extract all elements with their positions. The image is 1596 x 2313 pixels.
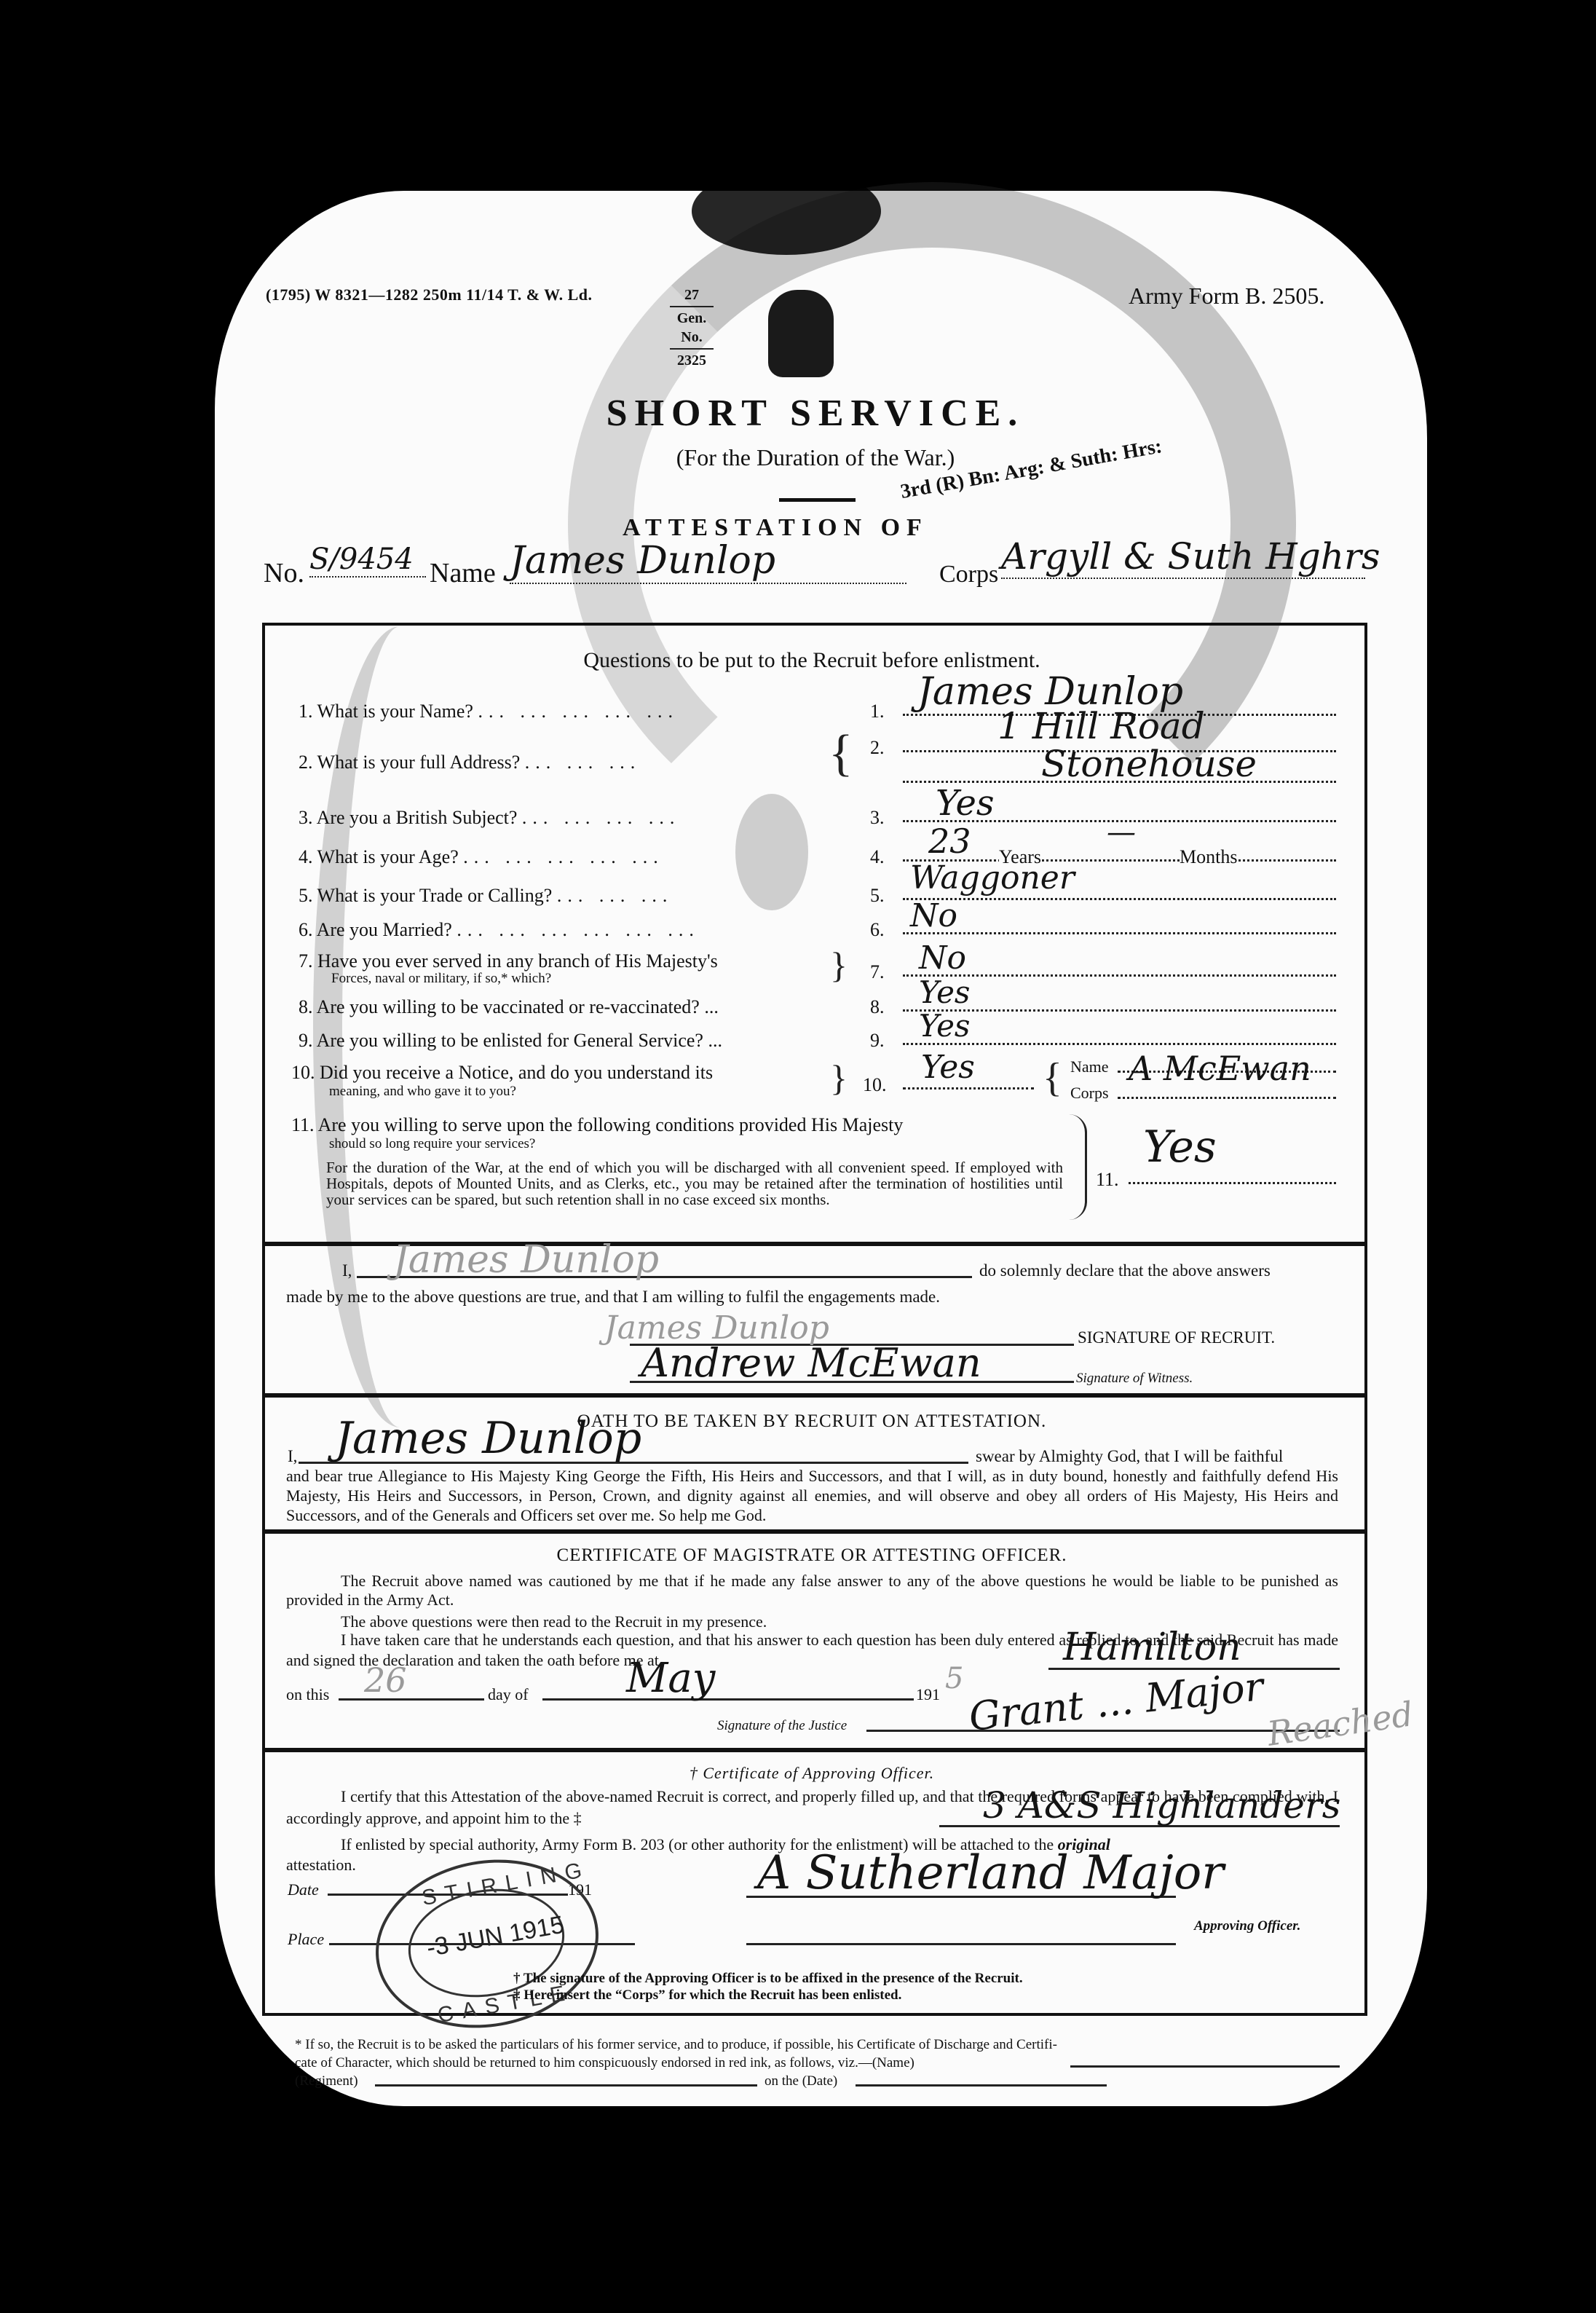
- corps-label: Corps: [939, 561, 998, 588]
- place-label: Place: [288, 1928, 324, 1950]
- day-line: [339, 1698, 484, 1701]
- question-9: 9. Are you willing to be enlisted for Ge…: [299, 1030, 722, 1052]
- officer-label: Approving Officer.: [1194, 1915, 1300, 1937]
- answer-9: Yes: [919, 1008, 971, 1044]
- approving-heading: † Certificate of Approving Officer.: [262, 1764, 1362, 1783]
- gen-no-top: 27: [670, 285, 714, 304]
- justice-label: Signature of the Justice: [717, 1715, 847, 1737]
- notice-corps-label: Corps: [1070, 1084, 1109, 1103]
- attestation-label: ATTESTATION OF: [623, 514, 928, 542]
- no-label: No.: [264, 557, 304, 589]
- on-this-label: on this: [286, 1684, 329, 1706]
- bracket: }: [830, 1060, 848, 1096]
- footnote-date-label: on the (Date): [765, 2070, 837, 2092]
- declaration-text: do solemnly declare that the above answe…: [979, 1260, 1271, 1282]
- section-divider: [262, 1748, 1364, 1752]
- year-prefix: 191: [916, 1684, 940, 1706]
- answer-10: Yes: [921, 1049, 975, 1086]
- answer-11: Yes: [1143, 1122, 1217, 1173]
- attestation-month: May: [626, 1655, 715, 1702]
- answer-5: Waggoner: [910, 859, 1075, 897]
- title-rule: [779, 498, 856, 502]
- declaration-text-line2: made by me to the above questions are tr…: [286, 1286, 940, 1308]
- answer-11-num: 11.: [1096, 1169, 1119, 1191]
- answer-6: No: [910, 897, 957, 934]
- attestation-day: 26: [364, 1660, 407, 1700]
- question-7: 7. Have you ever served in any branch of…: [299, 950, 718, 972]
- name-label: Name: [430, 557, 496, 589]
- question-11: 11. Are you willing to serve upon the fo…: [291, 1114, 903, 1136]
- months-label: Months: [1180, 846, 1237, 868]
- question-6: 6. Are you Married? ... ... ... ... ... …: [299, 919, 700, 941]
- question-3: 3. Are you a British Subject? ... ... ..…: [299, 807, 680, 829]
- answer-10-line: [903, 1087, 1034, 1089]
- answer-8: Yes: [919, 974, 971, 1010]
- appointed-corps: 3 A&S Highlanders: [983, 1784, 1340, 1827]
- approving-para2-end: attestation.: [286, 1854, 356, 1876]
- recruit-name: James Dunlop: [510, 539, 906, 584]
- q11-conditions: For the duration of the War, at the end …: [326, 1159, 1063, 1207]
- month-line: [542, 1698, 914, 1701]
- questions-heading: Questions to be put to the Recruit befor…: [262, 648, 1362, 673]
- bracket: {: [829, 728, 853, 779]
- answer-3-num: 3.: [870, 807, 885, 829]
- notice-name-value: A McEwan: [1129, 1049, 1311, 1088]
- bracket: }: [830, 947, 848, 983]
- officer-signature: A Sutherland Major: [757, 1846, 1224, 1900]
- gen-no-bottom: 2325: [670, 351, 714, 370]
- notice-name-label: Name: [1070, 1057, 1109, 1076]
- form-number: Army Form B. 2505.: [1129, 283, 1324, 310]
- print-reference: (1795) W 8321—1282 250m 11/14 T. & W. Ld…: [266, 285, 593, 304]
- question-4: 4. What is your Age? ... ... ... ... ...: [299, 846, 664, 868]
- footnote-regiment-line: [375, 2084, 757, 2087]
- answer-7-num: 7.: [870, 961, 885, 983]
- recruit-number: S/9454: [309, 543, 426, 578]
- oath-name: James Dunlop: [335, 1413, 641, 1464]
- footnote-name-line: [1070, 2065, 1340, 2068]
- answer-9-num: 9.: [870, 1030, 885, 1052]
- footnote-regiment-label: (Regiment): [295, 2070, 358, 2092]
- approving-note-2: ‡ Here insert the “Corps” for which the …: [513, 1985, 901, 2006]
- question-10-sub: meaning, and who gave it to you?: [329, 1084, 516, 1100]
- question-7-sub: Forces, naval or military, if so,* which…: [331, 971, 551, 987]
- answer-5-line: [903, 898, 1336, 900]
- notice-corps-line: [1118, 1097, 1336, 1099]
- answer-1-num: 1.: [870, 701, 885, 722]
- question-11-sub: should so long require your services?: [329, 1136, 535, 1152]
- answer-5-num: 5.: [870, 885, 885, 907]
- answer-2-line1-value: 1 Hill Road: [997, 705, 1205, 747]
- answer-10-num: 10.: [863, 1074, 887, 1096]
- section-divider: [262, 1393, 1364, 1398]
- answer-11-line: [1129, 1182, 1336, 1184]
- gen-no: 27 Gen. No. 2325: [670, 285, 714, 370]
- question-5: 5. What is your Trade or Calling? ... ..…: [299, 885, 673, 907]
- attestation-year: 5: [945, 1662, 963, 1695]
- date-label: Date: [288, 1879, 319, 1901]
- answer-8-num: 8.: [870, 996, 885, 1018]
- section-divider: [262, 1529, 1364, 1534]
- witness-signature: Andrew McEwan: [641, 1340, 981, 1386]
- witness-label: Signature of Witness.: [1076, 1368, 1193, 1390]
- gen-no-label: Gen. No.: [670, 309, 714, 347]
- recruit-corps: Argyll & Suth Hghrs: [1001, 535, 1365, 579]
- magistrate-heading: CERTIFICATE OF MAGISTRATE OR ATTESTING O…: [262, 1545, 1362, 1566]
- oath-prefix: I,: [288, 1446, 297, 1467]
- footnote-date-line: [856, 2084, 1107, 2087]
- recruit-signature-label: SIGNATURE OF RECRUIT.: [1078, 1327, 1275, 1349]
- answer-2-line2-value: Stonehouse: [1041, 743, 1257, 785]
- declaration-name: James Dunlop: [393, 1238, 659, 1282]
- answer-6-num: 6.: [870, 919, 885, 941]
- question-8: 8. Are you willing to be vaccinated or r…: [299, 996, 719, 1018]
- day-of-label: day of: [488, 1684, 529, 1706]
- question-1: 1. What is your Name? ... ... ... ... ..…: [299, 701, 679, 722]
- declaration-prefix: I,: [342, 1260, 352, 1282]
- question-2: 2. What is your full Address? ... ... ..…: [299, 752, 641, 773]
- oath-body: and bear true Allegiance to His Majesty …: [286, 1466, 1338, 1525]
- answer-3: Yes: [936, 783, 995, 824]
- answer-4-num: 4.: [870, 846, 885, 868]
- answer-7: No: [919, 939, 966, 977]
- bracket: {: [1043, 1057, 1062, 1098]
- answer-4-years: 23: [928, 821, 971, 861]
- form-title: SHORT SERVICE.: [466, 392, 1165, 435]
- officer-signature-line2: [746, 1943, 1176, 1945]
- question-10: 10. Did you receive a Notice, and do you…: [291, 1062, 713, 1084]
- attestation-place: Hamilton: [1063, 1626, 1241, 1669]
- answer-4-months: —: [1107, 816, 1136, 849]
- bracket: [1069, 1114, 1087, 1220]
- royal-crest-icon: [768, 290, 834, 377]
- oath-text: swear by Almighty God, that I will be fa…: [976, 1446, 1283, 1467]
- answer-6-line: [903, 932, 1336, 934]
- magistrate-para1: The Recruit above named was cautioned by…: [286, 1572, 1338, 1609]
- answer-2-num: 2.: [870, 737, 885, 759]
